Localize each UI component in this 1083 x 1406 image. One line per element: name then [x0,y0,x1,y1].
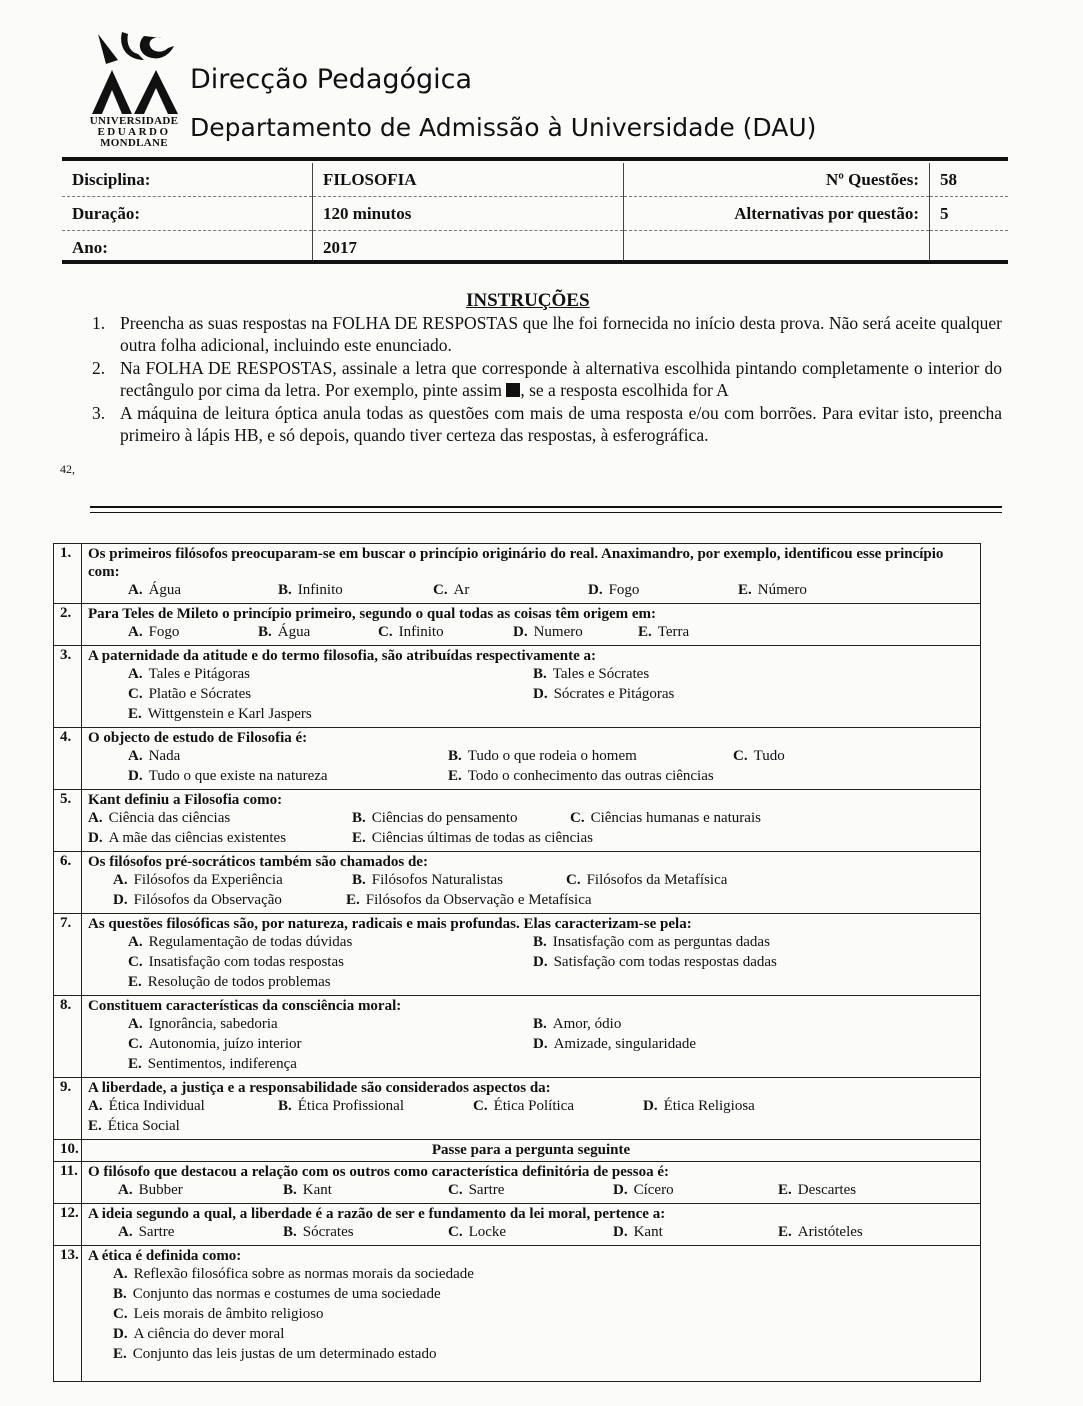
answer-option: A.Ética Individual [88,1098,205,1115]
instructions-title: INSTRUÇÕES [466,290,590,312]
header-rule [62,157,1008,161]
answer-option: E.Wittgenstein e Karl Jaspers [128,706,312,723]
question-row: 10.Passe para a pergunta seguinte [54,1140,980,1162]
question-stem: Kant definiu a Filosofia como: [88,791,974,809]
answer-option: C.Platão e Sócrates [128,686,251,703]
instructions-list: 1. Preencha as suas respostas na FOLHA D… [92,312,1002,447]
answer-option: E.Aristóteles [778,1224,863,1241]
question-number: 6. [54,852,82,913]
question-stem: Constituem características da consciênci… [88,997,974,1015]
alternatives-value: 5 [930,197,1009,231]
question-row: 5.Kant definiu a Filosofia como:A.Ciênci… [54,790,980,852]
question-stem: O objecto de estudo de Filosofia é: [88,729,974,747]
answer-option: D.Cícero [613,1182,674,1199]
question-row: 4.O objecto de estudo de Filosofia é:A.N… [54,728,980,790]
answer-option: E.Número [738,582,807,599]
answer-option: E.Sentimentos, indiferença [128,1056,297,1073]
answer-option: D.A mãe das ciências existentes [88,830,286,847]
info-rule [62,260,1008,264]
answer-option: C.Ciências humanas e naturais [570,810,761,827]
question-row: 3.A paternidade da atitude e do termo fi… [54,646,980,728]
year-value: 2017 [313,231,624,265]
question-row: 8.Constituem características da consciên… [54,996,980,1078]
question-stem: A ética é definida como: [88,1247,974,1265]
answer-option: A.Filósofos da Experiência [113,872,283,889]
question-number: 4. [54,728,82,789]
margin-note: 42, [60,462,75,477]
answer-option: D.Kant [613,1224,663,1241]
question-row: 6.Os filósofos pré-socráticos também são… [54,852,980,914]
questions-value: 58 [930,163,1009,197]
question-stem: As questões filosóficas são, por naturez… [88,915,974,933]
answer-option: C.Sartre [448,1182,504,1199]
answer-option: D.Tudo o que existe na natureza [128,768,328,785]
answer-option: B.Insatisfação com as perguntas dadas [533,934,770,951]
answer-option: C.Ética Política [473,1098,574,1115]
answer-option: B.Infinito [278,582,343,599]
answer-option: B.Conjunto das normas e costumes de uma … [113,1286,441,1303]
answer-option: C.Locke [448,1224,506,1241]
year-label: Ano: [62,231,313,265]
answer-option: D.Fogo [588,582,639,599]
answer-option: C.Ar [433,582,469,599]
answer-option: D.Filósofos da Observação [113,892,282,909]
answer-option: A.Regulamentação de todas dúvidas [128,934,352,951]
answer-option: D.A ciência do dever moral [113,1326,284,1343]
answer-option: D.Satisfação com todas respostas dadas [533,954,777,971]
question-row: 1.Os primeiros filósofos preocuparam-se … [54,544,980,604]
question-number: 5. [54,790,82,851]
answer-option: E.Descartes [778,1182,856,1199]
question-number: 1. [54,544,82,603]
questions-table: 1.Os primeiros filósofos preocuparam-se … [53,543,981,1382]
question-row: 9.A liberdade, a justiça e a responsabil… [54,1078,980,1140]
discipline-value: FILOSOFIA [313,163,624,197]
question-number: 10. [54,1140,82,1161]
question-number: 2. [54,604,82,645]
question-number: 8. [54,996,82,1077]
question-number: 11. [54,1162,82,1203]
question-number: 9. [54,1078,82,1139]
question-stem: A paternidade da atitude e do termo filo… [88,647,974,665]
duration-value: 120 minutos [313,197,624,231]
instruction-item: 1. Preencha as suas respostas na FOLHA D… [92,312,1002,356]
instruction-item: 2. Na FOLHA DE RESPOSTAS, assinale a let… [92,357,1002,401]
answer-option: C.Infinito [378,624,444,641]
question-row: 13.A ética é definida como:A.Reflexão fi… [54,1246,980,1381]
question-stem: Os filósofos pré-socráticos também são c… [88,853,974,871]
exam-page: UNIVERSIDADE EDUARDO MONDLANE Direcção P… [0,0,1083,1406]
answer-option: C.Autonomia, juízo interior [128,1036,301,1053]
answer-option: B.Tales e Sócrates [533,666,649,683]
questions-label: Nº Questões: [624,163,930,197]
question-number: 7. [54,914,82,995]
department-title: Departamento de Admissão à Universidade … [190,113,816,142]
question-number: 12. [54,1204,82,1245]
answer-option: E.Ética Social [88,1118,180,1135]
answer-option: E.Ciências últimas de todas as ciências [352,830,593,847]
question-row: 7.As questões filosóficas são, por natur… [54,914,980,996]
answer-option: E.Terra [638,624,689,641]
instructions-rule [90,506,1002,508]
answer-option: B.Amor, ódio [533,1016,621,1033]
answer-option: D.Amizade, singularidade [533,1036,696,1053]
answer-option: A.Água [128,582,181,599]
question-stem: A ideia segundo a qual, a liberdade é a … [88,1205,974,1223]
answer-option: A.Tales e Pitágoras [128,666,250,683]
answer-option: A.Reflexão filosófica sobre as normas mo… [113,1266,474,1283]
answer-option: C.Insatisfação com todas respostas [128,954,344,971]
answer-option: B.Filósofos Naturalistas [352,872,503,889]
question-number: 13. [54,1246,82,1381]
filled-box-icon [506,383,520,397]
answer-option: A.Ciência das ciências [88,810,230,827]
question-row: 12.A ideia segundo a qual, a liberdade é… [54,1204,980,1246]
answer-option: D.Numero [513,624,583,641]
answer-option: B.Kant [283,1182,332,1199]
answer-option: A.Nada [128,748,180,765]
duration-label: Duração: [62,197,313,231]
logo-line-3: MONDLANE [88,138,180,149]
answer-option: A.Bubber [118,1182,183,1199]
answer-option: C.Filósofos da Metafísica [566,872,727,889]
question-stem: O filósofo que destacou a relação com os… [88,1163,974,1181]
university-logo: UNIVERSIDADE EDUARDO MONDLANE [88,30,180,150]
answer-option: A.Ignorância, sabedoria [128,1016,278,1033]
exam-info-table: Disciplina: FILOSOFIA Nº Questões: 58 Du… [62,163,1008,264]
question-stem: Para Teles de Mileto o princípio primeir… [88,605,974,623]
answer-option: D.Ética Religiosa [643,1098,755,1115]
answer-option: E.Conjunto das leis justas de um determi… [113,1346,436,1363]
question-stem: Os primeiros filósofos preocuparam-se em… [88,545,974,581]
alternatives-label: Alternativas por questão: [624,197,930,231]
answer-option: D.Sócrates e Pitágoras [533,686,674,703]
answer-option: B.Ética Profissional [278,1098,404,1115]
answer-option: E.Todo o conhecimento das outras ciência… [448,768,714,785]
answer-option: B.Água [258,624,310,641]
answer-option: A.Sartre [118,1224,174,1241]
question-stem: A liberdade, a justiça e a responsabilid… [88,1079,974,1097]
direction-title: Direcção Pedagógica [190,64,472,95]
uem-emblem-icon [88,30,180,116]
answer-option: E.Filósofos da Observação e Metafísica [346,892,592,909]
answer-option: E.Resolução de todos problemas [128,974,331,991]
question-stem: Passe para a pergunta seguinte [88,1141,974,1159]
answer-option: C.Leis morais de âmbito religioso [113,1306,324,1323]
question-number: 3. [54,646,82,727]
answer-option: B.Ciências do pensamento [352,810,518,827]
question-row: 2.Para Teles de Mileto o princípio prime… [54,604,980,646]
answer-option: A.Fogo [128,624,179,641]
answer-option: B.Sócrates [283,1224,354,1241]
discipline-label: Disciplina: [62,163,313,197]
question-row: 11.O filósofo que destacou a relação com… [54,1162,980,1204]
answer-option: C.Tudo [733,748,785,765]
instruction-item: 3. A máquina de leitura óptica anula tod… [92,402,1002,446]
answer-option: B.Tudo o que rodeia o homem [448,748,637,765]
